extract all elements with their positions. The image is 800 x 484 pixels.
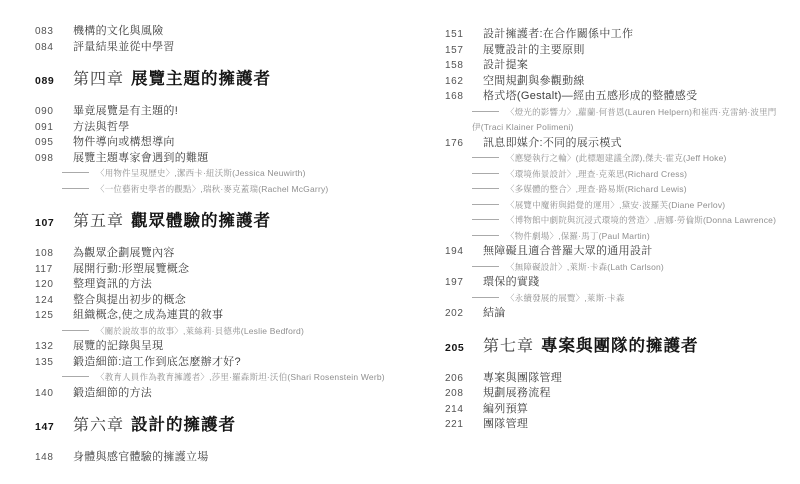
chapter-label: 第四章: [73, 69, 124, 91]
page-number: 208: [445, 386, 483, 402]
entry-title: 鍛造細節:這工作到底怎麼辦才好?: [73, 355, 405, 371]
entry-title: 機構的文化與風險: [73, 24, 405, 40]
toc-entry: 157展覽設計的主要原則: [445, 43, 785, 59]
entry-title: 展覽的記錄與呈現: [73, 339, 405, 355]
entry-title: 展覽主題專家會遇到的難題: [73, 151, 405, 167]
sub-entry-text: 〈關於說故事的故事〉,萊絲莉·貝德弗(Leslie Bedford): [96, 326, 304, 336]
toc-sub-entry: 〈用物件呈現歷史〉,潔西卡·紐沃斯(Jessica Neuwirth): [62, 166, 405, 182]
toc-sub-entry: 〈應變執行之輪〉(此標題建議全譯),傑夫·霍克(Jeff Hoke): [472, 151, 785, 167]
toc-chapter-heading: 089第四章展覽主題的擁護者: [35, 68, 405, 92]
page-number: 120: [35, 277, 73, 293]
entry-title: 環保的實踐: [483, 275, 785, 291]
dash-rule: [62, 172, 89, 173]
chapter-page-number: 107: [35, 212, 73, 234]
page-number: 221: [445, 417, 483, 433]
page-number: 162: [445, 74, 483, 90]
entry-title: 規劃展務流程: [483, 386, 785, 402]
page-number: 090: [35, 104, 73, 120]
sub-entry-text: 〈永續發展的展覽〉,萊斯·卡森: [506, 293, 625, 303]
dash-rule: [472, 266, 499, 267]
entry-title: 專案與團隊管理: [483, 371, 785, 387]
page-number: 202: [445, 306, 483, 322]
dash-rule: [472, 111, 499, 112]
entry-title: 結論: [483, 306, 785, 322]
toc-entry: 221團隊管理: [445, 417, 785, 433]
entry-title: 團隊管理: [483, 417, 785, 433]
toc-entry: 148身體與感官體驗的擁護立場: [35, 450, 405, 466]
chapter-page-number: 205: [445, 337, 483, 359]
sub-entry-text: 〈用物件呈現歷史〉,潔西卡·紐沃斯(Jessica Neuwirth): [96, 168, 306, 178]
chapter-label: 第五章: [73, 211, 124, 233]
sub-entry-text: 〈物件劇場〉,保羅·馬丁(Paul Martin): [506, 231, 650, 241]
chapter-label: 第七章: [483, 336, 534, 358]
toc-entry: 098展覽主題專家會遇到的難題: [35, 151, 405, 167]
page-number: 124: [35, 293, 73, 309]
toc-entry: 091方法與哲學: [35, 120, 405, 136]
toc-sub-entry: 〈一位藝術史學者的觀點〉,瑞秋·麥克蓋瑞(Rachel McGarry): [62, 182, 405, 198]
page-number: 197: [445, 275, 483, 291]
toc-entry: 194無障礙且適合普羅大眾的通用設計: [445, 244, 785, 260]
sub-entry-text: 〈一位藝術史學者的觀點〉,瑞秋·麥克蓋瑞(Rachel McGarry): [96, 184, 328, 194]
page-number: 176: [445, 136, 483, 152]
toc-entry: 125組織概念,使之成為連貫的敘事: [35, 308, 405, 324]
dash-rule: [472, 188, 499, 189]
toc-entry: 158設計提案: [445, 58, 785, 74]
toc-entry: 108為觀眾企劃展覽內容: [35, 246, 405, 262]
entry-title: 整合與提出初步的概念: [73, 293, 405, 309]
toc-entry: 135鍛造細節:這工作到底怎麼辦才好?: [35, 355, 405, 371]
toc-sub-entry: 〈物件劇場〉,保羅·馬丁(Paul Martin): [472, 229, 785, 245]
entry-title: 評量結果並從中學習: [73, 40, 405, 56]
toc-entry: 151設計擁護者:在合作關係中工作: [445, 27, 785, 43]
entry-title: 設計擁護者:在合作關係中工作: [483, 27, 785, 43]
dash-rule: [472, 173, 499, 174]
sub-entry-text: 〈教育人員作為教育擁護者〉,莎里·羅森斯坦·沃伯(Shari Rosenstei…: [96, 372, 385, 382]
toc-entry: 176訊息即媒介:不同的展示模式: [445, 136, 785, 152]
dash-rule: [472, 235, 499, 236]
page-number: 158: [445, 58, 483, 74]
page-number: 206: [445, 371, 483, 387]
page-number: 095: [35, 135, 73, 151]
toc-entry: 208規劃展務流程: [445, 386, 785, 402]
page-number: 151: [445, 27, 483, 43]
page-number: 148: [35, 450, 73, 466]
entry-title: 空間規劃與參觀動線: [483, 74, 785, 90]
dash-rule: [472, 297, 499, 298]
toc-entry: 162空間規劃與參觀動線: [445, 74, 785, 90]
toc-sub-entry: 〈永續發展的展覽〉,萊斯·卡森: [472, 291, 785, 307]
toc-entry: 090畢竟展覽是有主題的!: [35, 104, 405, 120]
page-number: 140: [35, 386, 73, 402]
chapter-title: 觀眾體驗的擁護者: [131, 210, 271, 232]
page-number: 132: [35, 339, 73, 355]
toc-sub-entry: 〈博物館中劇院與沉浸式環境的營造〉,唐娜·勞倫斯(Donna Lawrence): [472, 213, 785, 229]
page-number: 083: [35, 24, 73, 40]
sub-entry-text: 〈應變執行之輪〉(此標題建議全譯),傑夫·霍克(Jeff Hoke): [506, 153, 727, 163]
toc-entry: 168格式塔(Gestalt)—經由五感形成的整體感受: [445, 89, 785, 105]
toc-chapter-heading: 205第七章專案與團隊的擁護者: [445, 335, 785, 359]
toc-entry: 202結論: [445, 306, 785, 322]
entry-title: 設計提案: [483, 58, 785, 74]
toc-sub-entry: 〈展覽中魔術與錯覺的運用〉,黛安·波羅芙(Diane Perlov): [472, 198, 785, 214]
page-number: 168: [445, 89, 483, 105]
toc-sub-entry: 〈燈光的影響力〉,蘿蘭·何普恩(Lauren Helpern)和崔西·克雷納·波…: [472, 105, 785, 136]
entry-title: 為觀眾企劃展覽內容: [73, 246, 405, 262]
page-number: 135: [35, 355, 73, 371]
dash-rule: [472, 219, 499, 220]
entry-title: 整理資訊的方法: [73, 277, 405, 293]
toc-entry: 083機構的文化與風險: [35, 24, 405, 40]
entry-title: 編列預算: [483, 402, 785, 418]
page-number: 214: [445, 402, 483, 418]
page-number: 157: [445, 43, 483, 59]
toc-entry: 140鍛造細節的方法: [35, 386, 405, 402]
toc-chapter-heading: 147第六章設計的擁護者: [35, 414, 405, 438]
page-number: 125: [35, 308, 73, 324]
toc-entry: 214編列預算: [445, 402, 785, 418]
toc-entry: 120整理資訊的方法: [35, 277, 405, 293]
chapter-title: 設計的擁護者: [131, 414, 236, 436]
toc-entry: 117展開行動:形塑展覽概念: [35, 262, 405, 278]
entry-title: 訊息即媒介:不同的展示模式: [483, 136, 785, 152]
toc-column-right: 151設計擁護者:在合作關係中工作157展覽設計的主要原則158設計提案162空…: [445, 27, 785, 433]
page-number: 108: [35, 246, 73, 262]
sub-entry-text: 〈博物館中劇院與沉浸式環境的營造〉,唐娜·勞倫斯(Donna Lawrence): [506, 215, 776, 225]
entry-title: 組織概念,使之成為連貫的敘事: [73, 308, 405, 324]
page-number: 091: [35, 120, 73, 136]
sub-entry-text: 〈燈光的影響力〉,蘿蘭·何普恩(Lauren Helpern)和崔西·克雷納·波…: [472, 107, 777, 133]
sub-entry-text: 〈環境佈景設計〉,理查·克萊思(Richard Cress): [506, 169, 687, 179]
toc-sub-entry: 〈環境佈景設計〉,理查·克萊思(Richard Cress): [472, 167, 785, 183]
page-number: 194: [445, 244, 483, 260]
toc-entry: 206專案與團隊管理: [445, 371, 785, 387]
table-of-contents-page: 083機構的文化與風險084評量結果並從中學習089第四章展覽主題的擁護者090…: [0, 0, 800, 484]
sub-entry-text: 〈多媒體的整合〉,理查·路易斯(Richard Lewis): [506, 184, 687, 194]
toc-sub-entry: 〈多媒體的整合〉,理查·路易斯(Richard Lewis): [472, 182, 785, 198]
toc-entry: 124整合與提出初步的概念: [35, 293, 405, 309]
dash-rule: [62, 330, 89, 331]
dash-rule: [62, 376, 89, 377]
dash-rule: [472, 204, 499, 205]
entry-title: 鍛造細節的方法: [73, 386, 405, 402]
toc-sub-entry: 〈教育人員作為教育擁護者〉,莎里·羅森斯坦·沃伯(Shari Rosenstei…: [62, 370, 405, 386]
sub-entry-text: 〈展覽中魔術與錯覺的運用〉,黛安·波羅芙(Diane Perlov): [506, 200, 725, 210]
chapter-title: 專案與團隊的擁護者: [541, 335, 699, 357]
toc-entry: 095物件導向或構想導向: [35, 135, 405, 151]
entry-title: 物件導向或構想導向: [73, 135, 405, 151]
entry-title: 無障礙且適合普羅大眾的通用設計: [483, 244, 785, 260]
entry-title: 方法與哲學: [73, 120, 405, 136]
dash-rule: [62, 188, 89, 189]
chapter-page-number: 089: [35, 70, 73, 92]
toc-chapter-heading: 107第五章觀眾體驗的擁護者: [35, 210, 405, 234]
toc-column-left: 083機構的文化與風險084評量結果並從中學習089第四章展覽主題的擁護者090…: [35, 24, 405, 466]
toc-entry: 197環保的實踐: [445, 275, 785, 291]
entry-title: 身體與感官體驗的擁護立場: [73, 450, 405, 466]
entry-title: 畢竟展覽是有主題的!: [73, 104, 405, 120]
page-number: 084: [35, 40, 73, 56]
toc-sub-entry: 〈關於說故事的故事〉,萊絲莉·貝德弗(Leslie Bedford): [62, 324, 405, 340]
chapter-label: 第六章: [73, 415, 124, 437]
toc-sub-entry: 〈無障礙設計〉,萊斯·卡森(Lath Carlson): [472, 260, 785, 276]
entry-title: 展覽設計的主要原則: [483, 43, 785, 59]
toc-entry: 132展覽的記錄與呈現: [35, 339, 405, 355]
dash-rule: [472, 157, 499, 158]
page-number: 098: [35, 151, 73, 167]
page-number: 117: [35, 262, 73, 278]
entry-title: 格式塔(Gestalt)—經由五感形成的整體感受: [483, 89, 785, 105]
sub-entry-text: 〈無障礙設計〉,萊斯·卡森(Lath Carlson): [506, 262, 664, 272]
entry-title: 展開行動:形塑展覽概念: [73, 262, 405, 278]
chapter-page-number: 147: [35, 416, 73, 438]
toc-entry: 084評量結果並從中學習: [35, 40, 405, 56]
chapter-title: 展覽主題的擁護者: [131, 68, 271, 90]
